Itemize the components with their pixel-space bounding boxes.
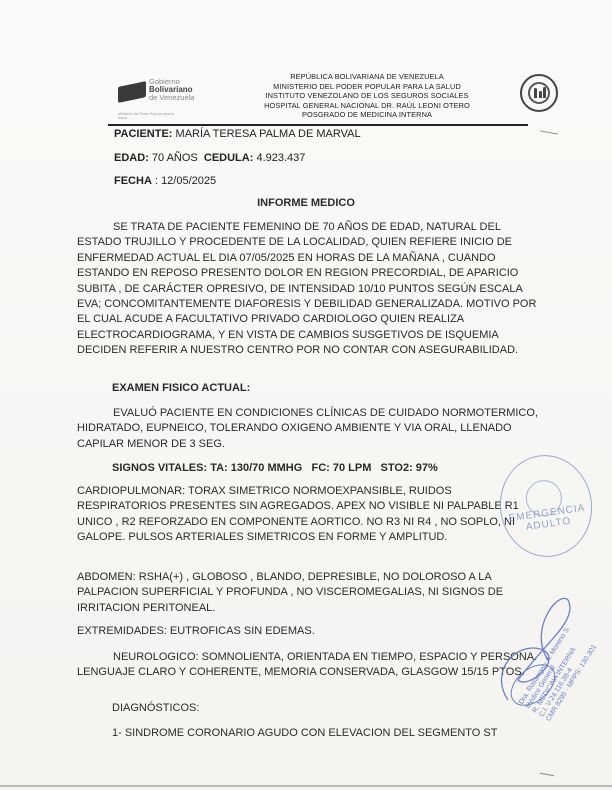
doctor-signature-stamp: Dra. Rosangely A. Moreno S. Médico Gener… (488, 580, 608, 710)
institution-block: REPÚBLICA BOLIVARIANA DE VENEZUELA MINIS… (212, 72, 522, 120)
letterhead: Gobierno Bolivariano de Venezuela Minist… (112, 72, 582, 124)
vitals-row: SIGNOS VITALES: TA: 130/70 MMHG FC: 70 L… (112, 462, 438, 474)
exam-heading: EXAMEN FISICO ACTUAL: (112, 382, 250, 394)
diagnoses-heading: DIAGNÓSTICOS: (112, 702, 199, 714)
logo-subtitle: Ministerio del Poder Popular para la Sal… (118, 112, 178, 120)
neurologico-paragraph: NEUROLOGICO: SOMNOLIENTA, ORIENTADA EN T… (77, 650, 539, 681)
patient-name-row: PACIENTE: MARÍA TERESA PALMA DE MARVAL (114, 128, 361, 140)
venezuela-flag-icon (118, 81, 146, 103)
vital-ta: TA: 130/70 MMHG (210, 462, 302, 474)
ivss-family-seal-icon (520, 74, 558, 112)
age-label: EDAD: (114, 152, 149, 164)
scan-mark (540, 773, 554, 776)
extremidades-paragraph: EXTREMIDADES: EUTROFICAS SIN EDEMAS. (77, 624, 539, 639)
exam-paragraph: EVALUÓ PACIENTE EN CONDICIONES CLÍNICAS … (77, 406, 539, 452)
logo-line-3: de Venezuela (149, 94, 194, 102)
id-label: CEDULA: (204, 152, 254, 164)
institution-line: POSGRADO DE MEDICINA INTERNA (212, 110, 522, 120)
report-title: INFORME MEDICO (0, 197, 612, 209)
patient-name-label: PACIENTE: (114, 128, 172, 140)
vitals-label: SIGNOS VITALES: (112, 462, 207, 474)
history-paragraph: SE TRATA DE PACIENTE FEMENINO DE 70 AÑOS… (77, 220, 539, 359)
medical-report-page: Gobierno Bolivariano de Venezuela Minist… (0, 0, 612, 790)
institution-line: INSTITUTO VENEZOLANO DE LOS SEGUROS SOCI… (212, 91, 522, 101)
date-row: FECHA : 12/05/2025 (114, 175, 216, 187)
patient-age: 70 AÑOS (152, 152, 198, 164)
institution-line: MINISTERIO DEL PODER POPULAR PARA LA SAL… (212, 82, 522, 92)
report-date: : 12/05/2025 (155, 175, 216, 187)
institution-line: REPÚBLICA BOLIVARIANA DE VENEZUELA (212, 72, 522, 82)
diagnosis-item: 1- SINDROME CORONARIO AGUDO CON ELEVACIO… (112, 726, 574, 741)
date-label: FECHA (114, 175, 152, 187)
patient-name: MARÍA TERESA PALMA DE MARVAL (176, 128, 361, 140)
vital-fc: FC: 70 LPM (311, 462, 371, 474)
patient-age-id-row: EDAD: 70 AÑOS CEDULA: 4.923.437 (114, 152, 305, 164)
scan-mark (540, 130, 558, 134)
institution-line: HOSPITAL GENERAL NACIONAL DR. RAÚL LEONI… (212, 101, 522, 111)
cardiopulmonar-paragraph: CARDIOPULMONAR: TORAX SIMETRICO NORMOEXP… (77, 484, 539, 546)
vital-sto2: STO2: 97% (381, 462, 438, 474)
emergency-stamp: EMERGENCIA ADULTO (493, 449, 598, 563)
patient-id: 4.923.437 (256, 152, 305, 164)
gobierno-bolivariano-logo: Gobierno Bolivariano de Venezuela Minist… (118, 78, 198, 120)
abdomen-paragraph: ABDOMEN: RSHA(+) , GLOBOSO , BLANDO, DEP… (77, 570, 539, 616)
header-divider (108, 124, 528, 126)
page-edge (0, 785, 612, 787)
